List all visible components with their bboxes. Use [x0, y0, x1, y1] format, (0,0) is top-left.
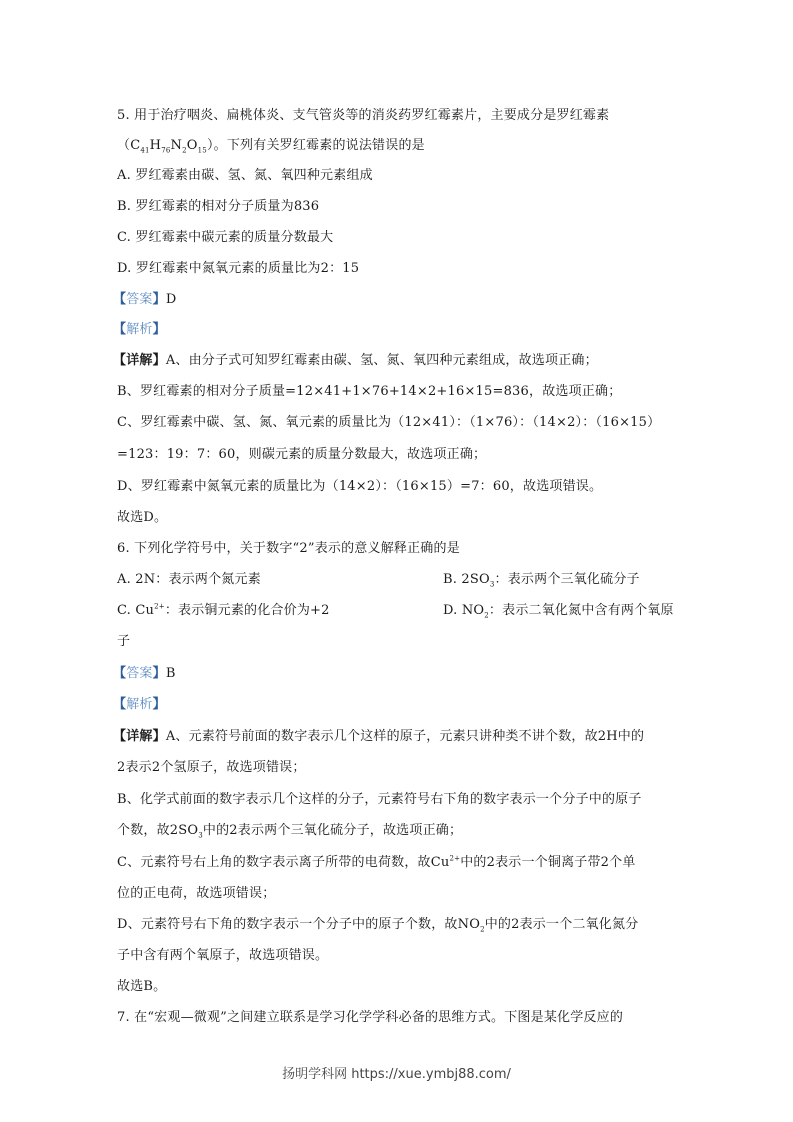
q6-detail-c-line1: C、元素符号右上角的数字表示离子所带的电荷数，故Cu2+中的2表示一个铜离子带2…	[117, 855, 636, 871]
q6-analysis-heading: 【解析】	[113, 697, 166, 713]
q5-option-b: B. 罗红霉素的相对分子质量为836	[117, 199, 319, 215]
q5-stem-line2: （C41H76N2O15）。下列有关罗红霉素的说法错误的是	[117, 138, 425, 154]
q6-detail-c-line2: 位的正电荷，故选项错误；	[117, 886, 275, 902]
q6-detail-d-line2: 子中含有两个氧原子，故选项错误。	[117, 948, 328, 964]
footer-watermark: 扬明学科网 https://xue.ymbj88.com/	[0, 1063, 793, 1082]
q5-detail-c-line1: C、罗红霉素中碳、氢、氮、氧元素的质量比为（12×41）：（1×76）：（14×…	[117, 415, 660, 431]
q5-option-c: C. 罗红霉素中碳元素的质量分数最大	[117, 230, 333, 246]
q6-detail-a-line1: 【详解】A、元素符号前面的数字表示几个这样的原子，元素只讲种类不讲个数，故2H中…	[113, 729, 644, 745]
q6-answer: 【答案】B	[113, 666, 176, 682]
q6-detail-d-line1: D、元素符号右下角的数字表示一个分子中的原子个数，故NO2中的2表示一个二氧化氮…	[117, 917, 638, 933]
q5-detail-c-line2: =123：19：7：60，则碳元素的质量分数最大，故选项正确；	[117, 447, 486, 463]
q5-answer: 【答案】D	[113, 292, 176, 308]
q6-detail-b-line1: B、化学式前面的数字表示几个这样的分子，元素符号右下角的数字表示一个分子中的原子	[117, 792, 642, 808]
q6-option-c: C. Cu2+：表示铜元素的化合价为+2	[117, 603, 330, 618]
q6-options-row2: C. Cu2+：表示铜元素的化合价为+2 D. NO2：表示二氧化氮中含有两个氧…	[117, 603, 682, 619]
q6-conclusion: 故选B。	[117, 979, 166, 995]
q6-option-a: A. 2N：表示两个氮元素	[117, 572, 261, 587]
q5-conclusion: 故选D。	[117, 510, 167, 526]
q6-option-d-wrap: 子	[117, 634, 130, 650]
q6-option-b: B. 2SO3：表示两个三氧化硫分子	[443, 572, 640, 588]
q6-option-d: D. NO2：表示二氧化氮中含有两个氧原	[443, 603, 674, 619]
q6-detail-b-line2: 个数，故2SO3中的2表示两个三氧化硫分子，故选项正确；	[117, 823, 462, 839]
q5-option-d: D. 罗红霉素中氮氧元素的质量比为2：15	[117, 261, 359, 277]
q5-stem-line1: 5. 用于治疗咽炎、扁桃体炎、支气管炎等的消炎药罗红霉素片，主要成分是罗红霉素	[117, 108, 609, 124]
q6-options-row1: A. 2N：表示两个氮元素 B. 2SO3：表示两个三氧化硫分子	[117, 572, 682, 588]
q5-detail-b: B、罗红霉素的相对分子质量=12×41+1×76+14×2+16×15=836，…	[117, 384, 621, 400]
q5-analysis-heading: 【解析】	[113, 322, 166, 338]
q5-option-a: A. 罗红霉素由碳、氢、氮、氧四种元素组成	[117, 168, 373, 184]
q7-stem: 7. 在“宏观—微观”之间建立联系是学习化学学科必备的思维方式。下图是某化学反应…	[117, 1010, 623, 1026]
q6-stem: 6. 下列化学符号中，关于数字“2”表示的意义解释正确的是	[117, 541, 460, 557]
q6-detail-a-line2: 2表示2个氢原子，故选项错误；	[117, 760, 306, 776]
q5-detail-d: D、罗红霉素中氮氧元素的质量比为（14×2）：（16×15）=7：60，故选项错…	[117, 479, 602, 495]
q5-detail-a: 【详解】A、由分子式可知罗红霉素由碳、氢、氮、氧四种元素组成，故选项正确；	[113, 353, 598, 369]
